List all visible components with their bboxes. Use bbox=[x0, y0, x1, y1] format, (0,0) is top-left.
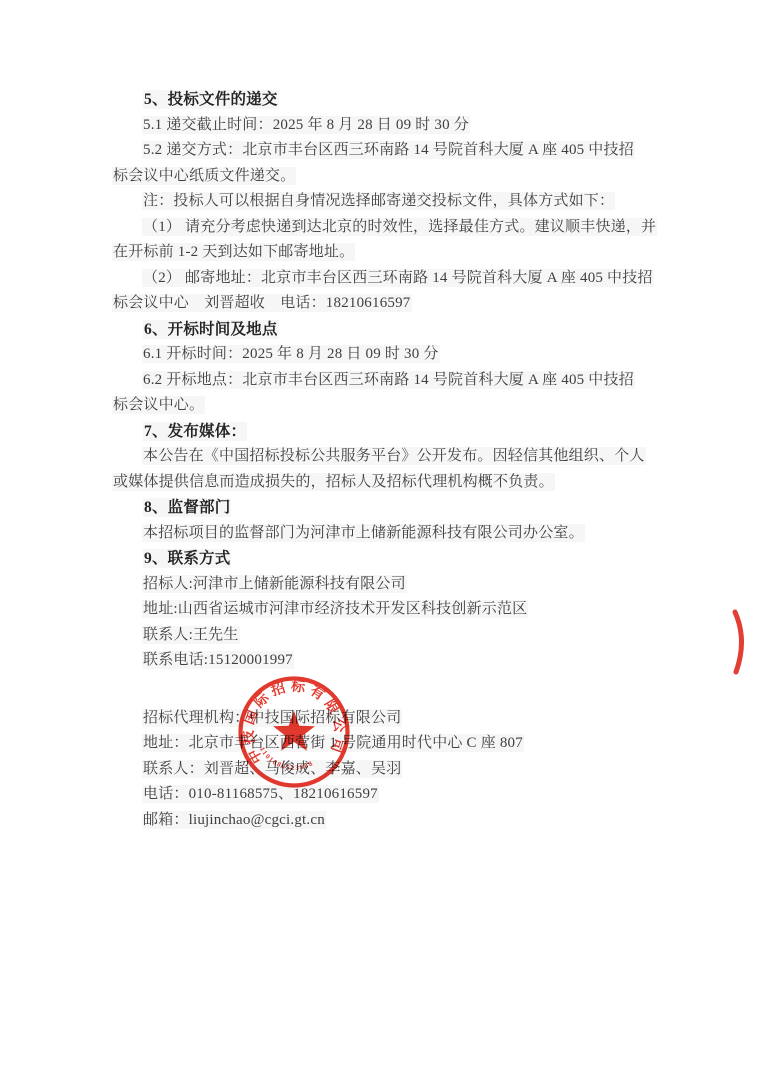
section-heading-line: 8、监督部门 bbox=[112, 495, 644, 521]
text-line-content: 7、发布媒体： bbox=[143, 422, 247, 441]
text-line: （1） 请充分考虑快递到达北京的时效性，选择最佳方式。建议顺丰快递，并 bbox=[112, 215, 644, 241]
text-line-content: 地址:山西省运城市河津市经济技术开发区科技创新示范区 bbox=[142, 600, 528, 618]
text-line-content: 招标人:河津市上储新能源科技有限公司 bbox=[142, 575, 407, 593]
document-page: 5、投标文件的递交5.1 递交截止时间：2025 年 8 月 28 日 09 时… bbox=[0, 0, 757, 1077]
text-line: 招标代理机构：中技国际招标有限公司 bbox=[112, 706, 644, 732]
text-line: 联系人：刘晋超、马俊成、李嘉、吴羽 bbox=[112, 757, 644, 783]
section-heading-line: 9、联系方式 bbox=[112, 546, 644, 572]
text-line-content: 联系人:王先生 bbox=[142, 626, 240, 644]
text-line: 5.2 递交方式：北京市丰台区西三环南路 14 号院首科大厦 A 座 405 中… bbox=[112, 138, 644, 164]
text-line-content: 本公告在《中国招标投标公共服务平台》公开发布。因轻信其他组织、个人 bbox=[142, 447, 646, 465]
text-line: 本招标项目的监督部门为河津市上储新能源科技有限公司办公室。 bbox=[112, 521, 644, 547]
text-line: 6.1 开标时间：2025 年 8 月 28 日 09 时 30 分 bbox=[112, 342, 644, 368]
text-line: 在开标前 1-2 天到达如下邮寄地址。 bbox=[112, 240, 644, 266]
text-line-content: 或媒体提供信息而造成损失的，招标人及招标代理机构概不负责。 bbox=[112, 473, 555, 491]
text-line: 邮箱：liujinchao@cgci.gt.cn bbox=[112, 808, 644, 834]
text-line: 招标人:河津市上储新能源科技有限公司 bbox=[112, 572, 644, 598]
text-line-content: 在开标前 1-2 天到达如下邮寄地址。 bbox=[112, 243, 355, 261]
text-line-content: 标会议中心。 bbox=[112, 396, 205, 414]
seal-star-icon bbox=[273, 711, 315, 751]
text-line: （2） 邮寄地址：北京市丰台区西三环南路 14 号院首科大厦 A 座 405 中… bbox=[112, 266, 644, 292]
text-line-content: 5、投标文件的递交 bbox=[143, 90, 279, 109]
text-line-content: 注：投标人可以根据自身情况选择邮寄递交投标文件，具体方式如下： bbox=[142, 192, 615, 210]
text-line-content: 6.1 开标时间：2025 年 8 月 28 日 09 时 30 分 bbox=[142, 345, 440, 363]
document-content: 5、投标文件的递交5.1 递交截止时间：2025 年 8 月 28 日 09 时… bbox=[112, 87, 644, 833]
text-line-content: 标会议中心 刘晋超收 电话：18210616597 bbox=[112, 294, 412, 312]
partial-seal-edge-icon bbox=[730, 609, 752, 675]
text-line-content: 本招标项目的监督部门为河津市上储新能源科技有限公司办公室。 bbox=[142, 524, 585, 542]
text-line: 联系人:王先生 bbox=[112, 623, 644, 649]
text-line: 注：投标人可以根据自身情况选择邮寄递交投标文件，具体方式如下： bbox=[112, 189, 644, 215]
text-line-content: 6、开标时间及地点 bbox=[143, 320, 279, 339]
text-line-content: 5.2 递交方式：北京市丰台区西三环南路 14 号院首科大厦 A 座 405 中… bbox=[142, 141, 635, 159]
text-line: 地址:山西省运城市河津市经济技术开发区科技创新示范区 bbox=[112, 597, 644, 623]
text-line: 标会议中心。 bbox=[112, 393, 644, 419]
text-line: 标会议中心纸质文件递交。 bbox=[112, 164, 644, 190]
section-heading-line: 6、开标时间及地点 bbox=[112, 317, 644, 343]
text-line-content: 9、联系方式 bbox=[143, 549, 231, 568]
company-seal-stamp: 中技国际招标有限公司 1101080523888 bbox=[236, 674, 352, 790]
text-line: 本公告在《中国招标投标公共服务平台》公开发布。因轻信其他组织、个人 bbox=[112, 444, 644, 470]
text-line: 联系电话:15120001997 bbox=[112, 648, 644, 674]
text-line: 6.2 开标地点：北京市丰台区西三环南路 14 号院首科大厦 A 座 405 中… bbox=[112, 368, 644, 394]
text-line: 5.1 递交截止时间：2025 年 8 月 28 日 09 时 30 分 bbox=[112, 113, 644, 139]
section-heading-line: 5、投标文件的递交 bbox=[112, 87, 644, 113]
text-line-content: 邮箱：liujinchao@cgci.gt.cn bbox=[142, 811, 326, 829]
text-line-content: 6.2 开标地点：北京市丰台区西三环南路 14 号院首科大厦 A 座 405 中… bbox=[142, 371, 635, 389]
text-line: 标会议中心 刘晋超收 电话：18210616597 bbox=[112, 291, 644, 317]
text-line: 电话：010-81168575、18210616597 bbox=[112, 782, 644, 808]
text-line-content: （1） 请充分考虑快递到达北京的时效性，选择最佳方式。建议顺丰快递，并 bbox=[142, 218, 657, 236]
text-line-content: 联系电话:15120001997 bbox=[142, 651, 294, 669]
text-line: 或媒体提供信息而造成损失的，招标人及招标代理机构概不负责。 bbox=[112, 470, 644, 496]
text-line: 地址：北京市丰台区西营街 1 号院通用时代中心 C 座 807 bbox=[112, 731, 644, 757]
text-line-content: （2） 邮寄地址：北京市丰台区西三环南路 14 号院首科大厦 A 座 405 中… bbox=[142, 269, 654, 287]
text-line-content: 8、监督部门 bbox=[143, 498, 231, 517]
text-line-content: 标会议中心纸质文件递交。 bbox=[112, 167, 296, 185]
text-line-content: 5.1 递交截止时间：2025 年 8 月 28 日 09 时 30 分 bbox=[142, 116, 470, 134]
section-heading-line: 7、发布媒体： bbox=[112, 419, 644, 445]
